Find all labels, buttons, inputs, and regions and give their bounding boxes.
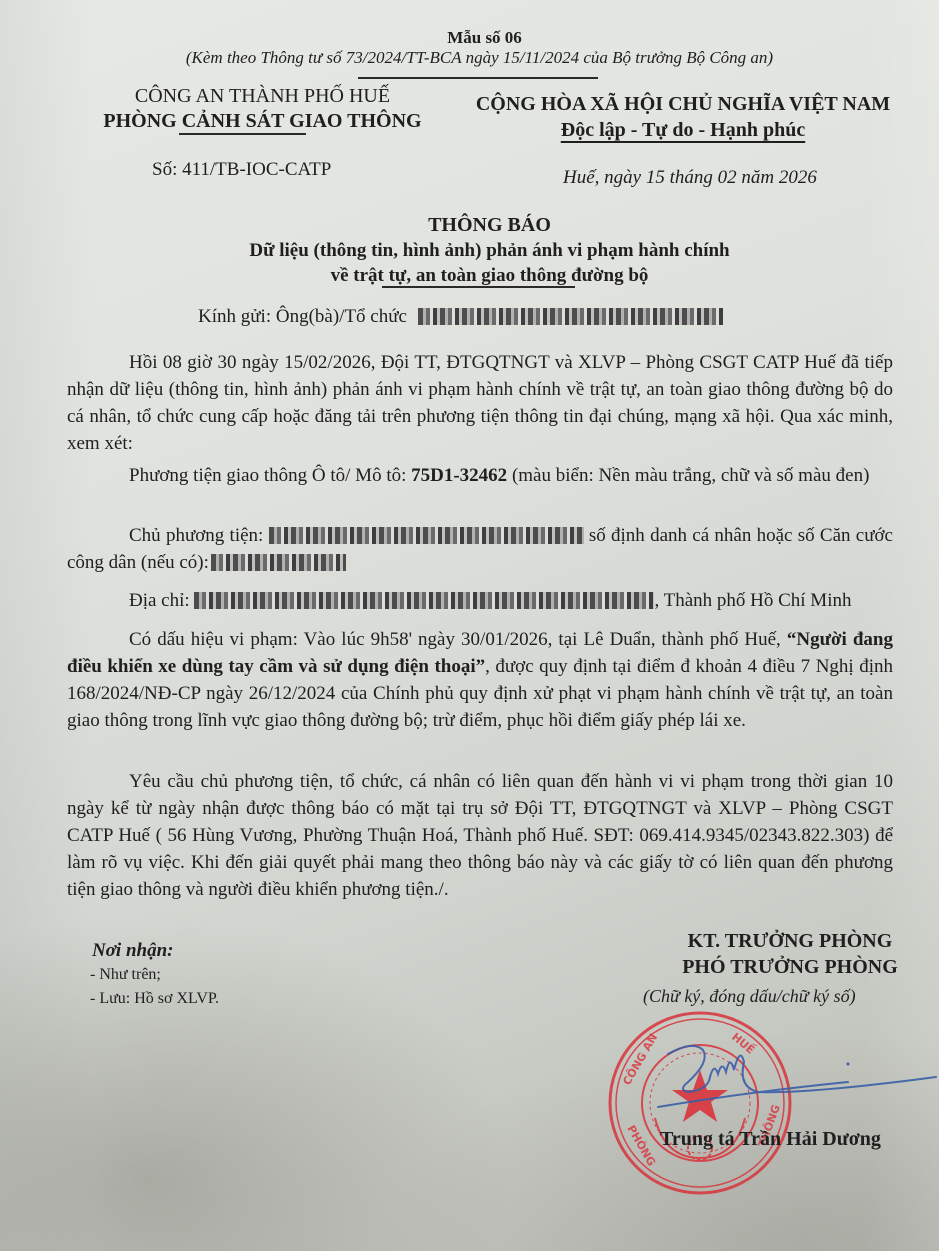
intro-text: Hồi 08 giờ 30 ngày 15/02/2026, Đội TT, Đ… <box>67 352 893 454</box>
recipient-item: - Như trên; <box>90 966 161 984</box>
country-name: CỘNG HÒA XÃ HỘI CHỦ NGHĨA VIỆT NAM <box>452 91 914 117</box>
title-main: THÔNG BÁO <box>40 213 939 238</box>
address-city: , Thành phố Hồ Chí Minh <box>654 590 851 611</box>
violation-paragraph: Có dấu hiệu vi phạm: Vào lúc 9h58' ngày … <box>67 626 893 734</box>
address-label: Địa chỉ: <box>129 590 194 611</box>
national-header: CỘNG HÒA XÃ HỘI CHỦ NGHĨA VIỆT NAM Độc l… <box>452 91 914 143</box>
title-underline <box>382 286 575 288</box>
owner-paragraph: Chủ phương tiện: số định danh cá nhân ho… <box>67 522 893 576</box>
attachment-note: (Kèm theo Thông tư số 73/2024/TT-BCA ngà… <box>0 48 939 68</box>
place-date: Huế, ngày 15 tháng 02 năm 2026 <box>563 167 817 189</box>
national-motto: Độc lập - Tự do - Hạnh phúc <box>561 117 805 143</box>
handwritten-signature-icon <box>648 1032 938 1112</box>
signatory-position: PHÓ TRƯỞNG PHÒNG <box>640 954 939 980</box>
plate-color: (màu biển: Nền màu trắng, chữ và số màu … <box>507 465 869 486</box>
violation-intro: Có dấu hiệu vi phạm: Vào lúc 9h58' ngày … <box>129 629 787 650</box>
notice-document: Mẫu số 06 (Kèm theo Thông tư số 73/2024/… <box>0 0 939 1251</box>
recipients-label: Nơi nhận: <box>92 940 173 962</box>
recipient-line: Kính gửi: Ông(bà)/Tổ chức <box>198 306 723 328</box>
vehicle-paragraph: Phương tiện giao thông Ô tô/ Mô tô: 75D1… <box>67 462 893 489</box>
department-underline <box>179 133 306 135</box>
attachment-underline <box>358 77 598 79</box>
issuer-header: CÔNG AN THÀNH PHỐ HUẾ PHÒNG CẢNH SÁT GIA… <box>80 84 445 134</box>
address-paragraph: Địa chỉ: , Thành phố Hồ Chí Minh <box>67 587 893 614</box>
signer-name: Trung tá Trần Hải Dương <box>660 1128 881 1151</box>
title-line-2: về trật tự, an toàn giao thông đường bộ <box>40 263 939 288</box>
license-plate: 75D1-32462 <box>411 465 507 486</box>
owner-label: Chủ phương tiện: <box>129 525 269 546</box>
request-paragraph: Yêu cầu chủ phương tiện, tổ chức, cá nhâ… <box>67 768 893 903</box>
request-text: Yêu cầu chủ phương tiện, tổ chức, cá nhâ… <box>67 771 893 900</box>
recipient-label: Kính gửi: Ông(bà)/Tổ chức <box>198 306 407 327</box>
document-title: THÔNG BÁO Dữ liệu (thông tin, hình ảnh) … <box>0 213 939 288</box>
redacted-recipient <box>418 308 723 325</box>
form-number: Mẫu số 06 <box>0 28 939 48</box>
svg-text:PHÒNG: PHÒNG <box>624 1123 658 1168</box>
signature-block: KT. TRƯỞNG PHÒNG PHÓ TRƯỞNG PHÒNG <box>640 928 939 980</box>
redacted-owner <box>269 527 584 544</box>
document-number: Số: 411/TB-IOC-CATP <box>152 159 331 181</box>
recipient-item: - Lưu: Hồ sơ XLVP. <box>90 990 219 1008</box>
department: PHÒNG CẢNH SÁT GIAO THÔNG <box>80 109 445 134</box>
intro-paragraph: Hồi 08 giờ 30 ngày 15/02/2026, Đội TT, Đ… <box>67 349 893 457</box>
title-line-1: Dữ liệu (thông tin, hình ảnh) phản ánh v… <box>40 238 939 263</box>
parent-org: CÔNG AN THÀNH PHỐ HUẾ <box>80 84 445 109</box>
signatory-title: KT. TRƯỞNG PHÒNG <box>640 928 939 954</box>
vehicle-label: Phương tiện giao thông Ô tô/ Mô tô: <box>129 465 411 486</box>
redacted-address <box>194 592 654 609</box>
redacted-id <box>211 554 346 571</box>
signature-note: (Chữ ký, đóng dấu/chữ ký số) <box>643 986 856 1007</box>
